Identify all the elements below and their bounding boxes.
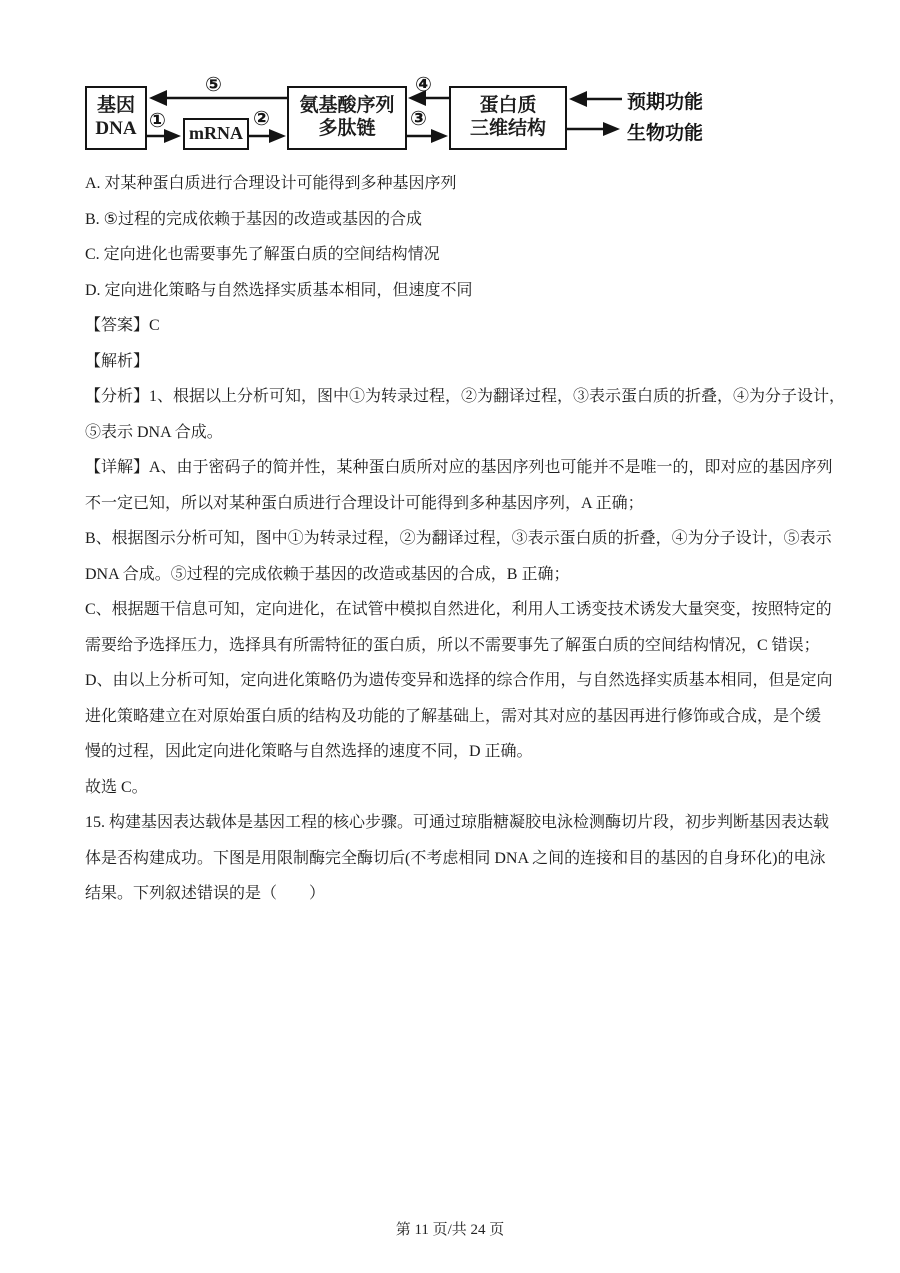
step-2-circled-number: ② xyxy=(253,108,270,128)
option-c: C. 定向进化也需要事先了解蛋白质的空间结构情况 xyxy=(85,237,825,273)
diagram-box-amino-acid-sequence: 氨基酸序列 多肽链 xyxy=(287,86,407,150)
option-d: D. 定向进化策略与自然选择实质基本相同，但速度不同 xyxy=(85,273,825,309)
document-page: 基因 DNA mRNA 氨基酸序列 多肽链 蛋白质 三维结构 ① ② ③ ④ ⑤… xyxy=(0,0,900,1273)
conclusion-line: 故选 C。 xyxy=(85,770,825,806)
arrow-step2 xyxy=(249,129,286,143)
analysis-line-2: ⑤表示 DNA 合成。 xyxy=(85,415,825,451)
detail-line-1: 【详解】A、由于密码子的简并性，某种蛋白质所对应的基因序列也可能并不是唯一的，即… xyxy=(85,450,825,486)
option-a: A. 对某种蛋白质进行合理设计可能得到多种基因序列 xyxy=(85,166,825,202)
analysis-header: 【解析】 xyxy=(85,344,825,380)
detail-line-9: 慢的过程，因此定向进化策略与自然选择的速度不同，D 正确。 xyxy=(85,734,825,770)
diagram-box-protein-structure: 蛋白质 三维结构 xyxy=(449,86,567,150)
diagram-box-mrna: mRNA xyxy=(183,118,249,150)
detail-line-4: DNA 合成。⑤过程的完成依赖于基因的改造或基因的合成，B 正确； xyxy=(85,557,825,593)
arrow-expected-function xyxy=(569,91,622,107)
biological-function-label: 生物功能 xyxy=(627,118,703,145)
mrna-label: mRNA xyxy=(189,123,243,145)
detail-line-7: D、由以上分析可知，定向进化策略仍为遗传变异和选择的综合作用，与自然选择实质基本… xyxy=(85,663,825,699)
gene-label-line2: DNA xyxy=(95,118,136,141)
question15-line-3: 结果。下列叙述错误的是（ ） xyxy=(85,876,825,912)
gene-label-line1: 基因 xyxy=(97,95,135,118)
step-5-circled-number: ⑤ xyxy=(205,74,222,94)
detail-line-3: B、根据图示分析可知，图中①为转录过程，②为翻译过程，③表示蛋白质的折叠，④为分… xyxy=(85,521,825,557)
page-footer: 第 11 页/共 24 页 xyxy=(0,1218,900,1239)
detail-line-2: 不一定已知，所以对某种蛋白质进行合理设计可能得到多种基因序列，A 正确； xyxy=(85,486,825,522)
question15-line-2: 体是否构建成功。下图是用限制酶完全酶切后(不考虑相同 DNA 之间的连接和目的基… xyxy=(85,841,825,877)
answer-line: 【答案】C xyxy=(85,308,825,344)
detail-line-6: 需要给予选择压力，选择具有所需特征的蛋白质，所以不需要事先了解蛋白质的空间结构情… xyxy=(85,628,825,664)
option-b: B. ⑤过程的完成依赖于基因的改造或基因的合成 xyxy=(85,202,825,238)
amino-label-line2: 多肽链 xyxy=(318,118,375,141)
step-3-circled-number: ③ xyxy=(410,108,427,128)
detail-line-5: C、根据题干信息可知，定向进化，在试管中模拟自然进化，利用人工诱变技术诱发大量突… xyxy=(85,592,825,628)
protein-label-line2: 三维结构 xyxy=(470,118,546,141)
arrow-biological-function xyxy=(567,122,620,136)
central-dogma-diagram: 基因 DNA mRNA 氨基酸序列 多肽链 蛋白质 三维结构 ① ② ③ ④ ⑤… xyxy=(0,70,760,166)
solution-text: A. 对某种蛋白质进行合理设计可能得到多种基因序列 B. ⑤过程的完成依赖于基因… xyxy=(85,166,825,912)
amino-label-line1: 氨基酸序列 xyxy=(299,95,394,118)
step-4-circled-number: ④ xyxy=(415,74,432,94)
detail-line-8: 进化策略建立在对原始蛋白质的结构及功能的了解基础上，需对其对应的基因再进行修饰或… xyxy=(85,699,825,735)
step-1-circled-number: ① xyxy=(149,110,166,130)
expected-function-label: 预期功能 xyxy=(627,87,703,114)
analysis-line-1: 【分析】1、根据以上分析可知，图中①为转录过程，②为翻译过程，③表示蛋白质的折叠… xyxy=(85,379,825,415)
protein-label-line1: 蛋白质 xyxy=(479,95,536,118)
diagram-box-gene-dna: 基因 DNA xyxy=(85,86,147,150)
question15-line-1: 15. 构建基因表达载体是基因工程的核心步骤。可通过琼脂糖凝胶电泳检测酶切片段，… xyxy=(85,805,825,841)
arrow-step3 xyxy=(407,129,448,143)
